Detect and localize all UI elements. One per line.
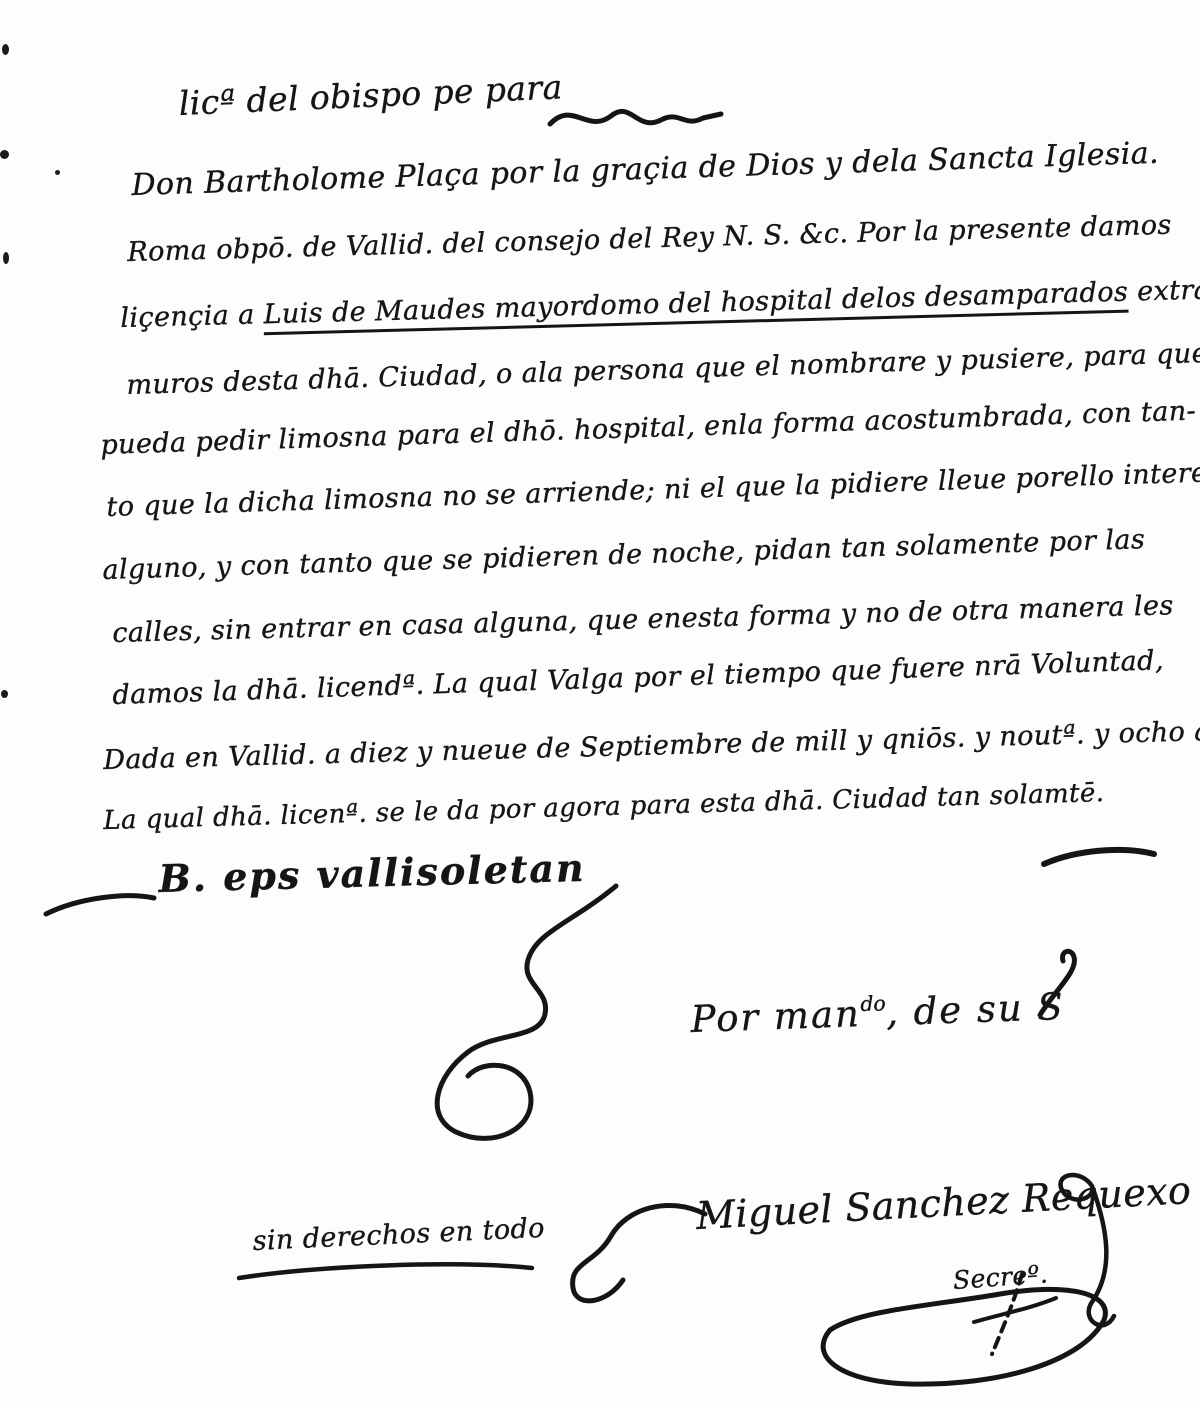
body-line-suffix: extra, bbox=[1128, 274, 1200, 307]
body-line: to que la dicha limosna no se arriende; … bbox=[106, 457, 1200, 523]
secretary-lead-flourish bbox=[565, 1192, 710, 1317]
body-line: pueda pedir limosna para el dhō. hospita… bbox=[100, 396, 1197, 461]
line-end-dash-flourish bbox=[1040, 838, 1160, 874]
scan-speck bbox=[3, 252, 9, 264]
body-line: Roma obpō. de Vallid. del consejo del Re… bbox=[127, 210, 1172, 268]
body-line: liçençia a Luis de Maudes mayordomo del … bbox=[120, 274, 1200, 334]
body-line-prefix: liçençia a bbox=[120, 299, 264, 334]
body-line: damos la dhā. licendª. La qual Valga por… bbox=[112, 645, 1164, 711]
scan-speck bbox=[1, 690, 8, 698]
body-line: Don Bartholome Plaça por la graçia de Di… bbox=[131, 136, 1159, 203]
scan-speck bbox=[0, 150, 9, 159]
body-line: alguno, y con tanto que se pidieren de n… bbox=[102, 524, 1146, 586]
body-line: calles, sin entrar en casa alguna, que e… bbox=[112, 590, 1174, 649]
scan-speck bbox=[2, 44, 9, 55]
manuscript-page: licª del obispo pe para Don Bartholome P… bbox=[0, 0, 1200, 1407]
body-line: muros desta dhā. Ciudad, o ala persona q… bbox=[126, 338, 1200, 401]
body-line: La qual dhā. licenª. se le da por agora … bbox=[103, 778, 1105, 836]
fees-note: sin derechos en todo bbox=[252, 1213, 546, 1257]
header-note: licª del obispo pe para bbox=[178, 67, 563, 123]
secretary-rubric-flourish bbox=[770, 1170, 1130, 1400]
por-mandado-text: Por man bbox=[690, 992, 861, 1041]
por-mandado-superscript: do bbox=[860, 991, 886, 1016]
header-rubric-flourish bbox=[545, 92, 725, 142]
fees-note-underline-flourish bbox=[236, 1258, 536, 1284]
scan-speck bbox=[55, 170, 60, 175]
por-mandado-line: Por mando, de su S bbox=[690, 985, 1065, 1041]
underlined-grantee-name: Luis de Maudes mayordomo del hospital de… bbox=[263, 277, 1128, 336]
por-mandado-rest: , de su S bbox=[885, 985, 1065, 1034]
body-line: Dada en Vallid. a diez y nueue de Septie… bbox=[103, 714, 1200, 775]
bishop-rubric-figure8-flourish bbox=[398, 880, 623, 1140]
signature-lead-dash bbox=[40, 884, 160, 924]
